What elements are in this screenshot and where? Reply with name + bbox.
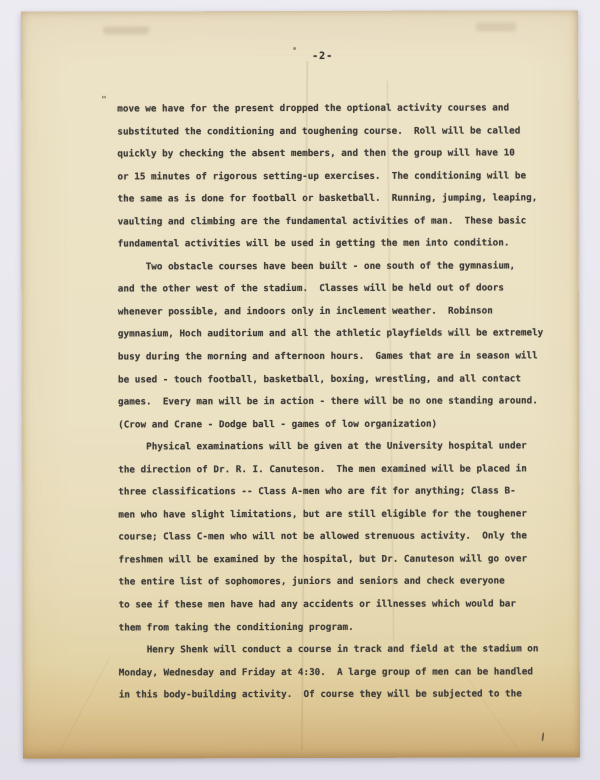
page-number: -2-: [312, 51, 333, 62]
text-line: three classifications -- Class A-men who…: [118, 481, 543, 505]
paper-crease-bottom-left: [57, 657, 110, 755]
text-line: busy during the morning and afternoon ho…: [118, 345, 543, 369]
pen-mark: [541, 732, 544, 741]
text-line: Monday, Wednesday and Friday at 4:30. A …: [119, 661, 544, 685]
faint-stamp-top-left: [103, 26, 149, 34]
text-line: the direction of Dr. R. I. Canuteson. Th…: [118, 458, 543, 482]
text-line: men who have slight limitations, but are…: [118, 503, 543, 527]
document-page: -2- " move we have for the present dropp…: [21, 10, 580, 758]
text-line: and the other west of the stadium. Class…: [118, 278, 543, 302]
text-line: Two obstacle courses have been built - o…: [118, 255, 543, 279]
faint-stamp-top-right: [476, 22, 516, 31]
typewritten-text: move we have for the present dropped the…: [117, 97, 544, 707]
text-line: quickly by checking the absent members, …: [117, 142, 542, 166]
text-line: move we have for the present dropped the…: [117, 97, 542, 121]
text-line: them from taking the conditioning progra…: [119, 616, 544, 640]
text-line: substituted the conditioning and toughen…: [117, 120, 542, 144]
text-line: Physical examinations will be given at t…: [118, 436, 543, 460]
text-line: whenever possible, and indoors only in i…: [118, 300, 543, 324]
text-line: the same as is done for football or bask…: [117, 188, 542, 212]
text-line: freshmen will be examined by the hospita…: [118, 548, 543, 572]
text-line: vaulting and climbing are the fundamenta…: [118, 210, 543, 234]
stray-quote-mark: ": [101, 96, 106, 106]
scan-background: -2- " move we have for the present dropp…: [0, 0, 600, 780]
text-line: Henry Shenk will conduct a course in tra…: [119, 638, 544, 662]
text-line: course; Class C-men who will not be allo…: [118, 526, 543, 550]
text-line: be used - touch football, basketball, bo…: [118, 368, 543, 392]
text-line: or 15 minutes of rigorous setting-up exe…: [117, 165, 542, 189]
text-line: to see if these men have had any acciden…: [119, 593, 544, 617]
text-line: games. Every man will be in action - the…: [118, 390, 543, 414]
text-line: the entire list of sophomores, juniors a…: [118, 571, 543, 595]
text-line: fundamental activities will be used in g…: [118, 233, 543, 257]
text-line: gymnasium, Hoch auditorium and all the a…: [118, 323, 543, 347]
stray-ink-dot: [293, 47, 296, 50]
text-line: (Crow and Crane - Dodge ball - games of …: [118, 413, 543, 437]
